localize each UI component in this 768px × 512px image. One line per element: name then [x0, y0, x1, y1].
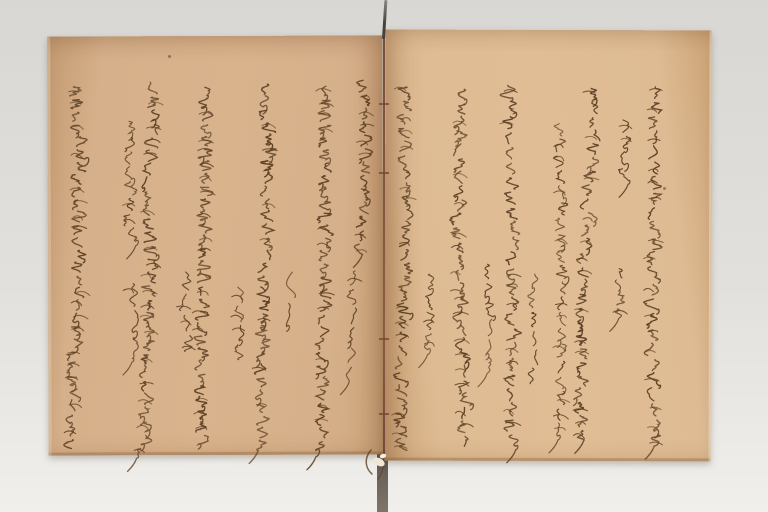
stitch-mark: [379, 103, 389, 105]
stitch-mark: [379, 172, 389, 174]
stitch-mark: [379, 413, 389, 415]
left-page: [47, 35, 383, 455]
manuscript-photo: [0, 0, 768, 512]
paper-speck: [663, 187, 666, 190]
right-page: [384, 30, 711, 462]
paper-speck: [168, 55, 171, 58]
stitch-mark: [379, 338, 389, 340]
gutter-fold-line: [383, 32, 385, 456]
